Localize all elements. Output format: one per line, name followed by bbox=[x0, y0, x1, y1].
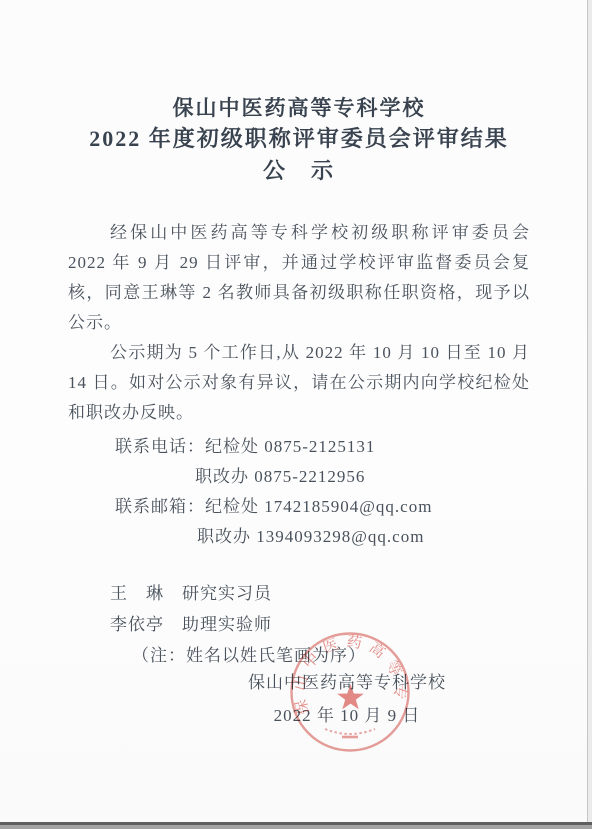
signature-org: 保山中医药高等专科学校 bbox=[197, 666, 497, 699]
contact-phone-line-1: 联系电话：纪检处 0875-2125131 bbox=[115, 432, 530, 462]
scan-page-edge-right bbox=[587, 0, 592, 829]
person-title: 研究实习员 bbox=[182, 584, 272, 603]
personnel-row: 李依亭助理实验师 bbox=[110, 609, 530, 640]
document-title: 保山中医药高等专科学校 2022 年度初级职称评审委员会评审结果 公 示 bbox=[68, 93, 530, 187]
signature-block: 保山中医药高等专科学校 2022 年 10 月 9 日 bbox=[197, 666, 497, 732]
contact-phone-line-2: 职改办 0875-2212956 bbox=[195, 462, 530, 492]
title-school-name: 保山中医药高等专科学校 bbox=[68, 93, 530, 123]
paragraph-review-result: 经保山中医药高等专科学校初级职称评审委员会 2022 年 9 月 29 日评审，… bbox=[68, 218, 530, 338]
title-subject: 2022 年度初级职称评审委员会评审结果 bbox=[68, 123, 530, 155]
document-body: 保山中医药高等专科学校 2022 年度初级职称评审委员会评审结果 公 示 经保山… bbox=[68, 93, 530, 671]
scan-page-edge-bottom bbox=[0, 822, 592, 829]
paragraph-publicity-period: 公示期为 5 个工作日,从 2022 年 10 月 10 日至 10 月 14 … bbox=[68, 338, 530, 428]
person-title: 助理实验师 bbox=[182, 615, 272, 634]
scanned-document-page: 保山中医药高等专科学校 2022 年度初级职称评审委员会评审结果 公 示 经保山… bbox=[0, 0, 592, 829]
contact-email-jijianchu: 纪检处 1742185904@qq.com bbox=[205, 497, 432, 516]
contact-email-zhigaiban: 职改办 1394093298@qq.com bbox=[197, 527, 424, 546]
personnel-row: 王 琳研究实习员 bbox=[110, 578, 530, 609]
contact-email-line-2: 职改办 1394093298@qq.com bbox=[197, 522, 530, 552]
title-announcement-word: 公 示 bbox=[68, 155, 530, 187]
personnel-list: 王 琳研究实习员 李依亭助理实验师 （注：姓名以姓氏笔画为序） bbox=[68, 578, 530, 671]
signature-date: 2022 年 10 月 9 日 bbox=[197, 699, 497, 732]
contact-phone-jijianchu: 纪检处 0875-2125131 bbox=[205, 437, 375, 456]
contact-phone-label: 联系电话： bbox=[115, 437, 205, 456]
contact-email-label: 联系邮箱： bbox=[115, 497, 205, 516]
contact-phone-zhigaiban: 职改办 0875-2212956 bbox=[195, 467, 365, 486]
contact-info: 联系电话：纪检处 0875-2125131 职改办 0875-2212956 联… bbox=[68, 432, 530, 552]
person-name: 王 琳 bbox=[110, 578, 182, 609]
contact-email-line-1: 联系邮箱：纪检处 1742185904@qq.com bbox=[115, 492, 530, 522]
person-name: 李依亭 bbox=[110, 609, 182, 640]
